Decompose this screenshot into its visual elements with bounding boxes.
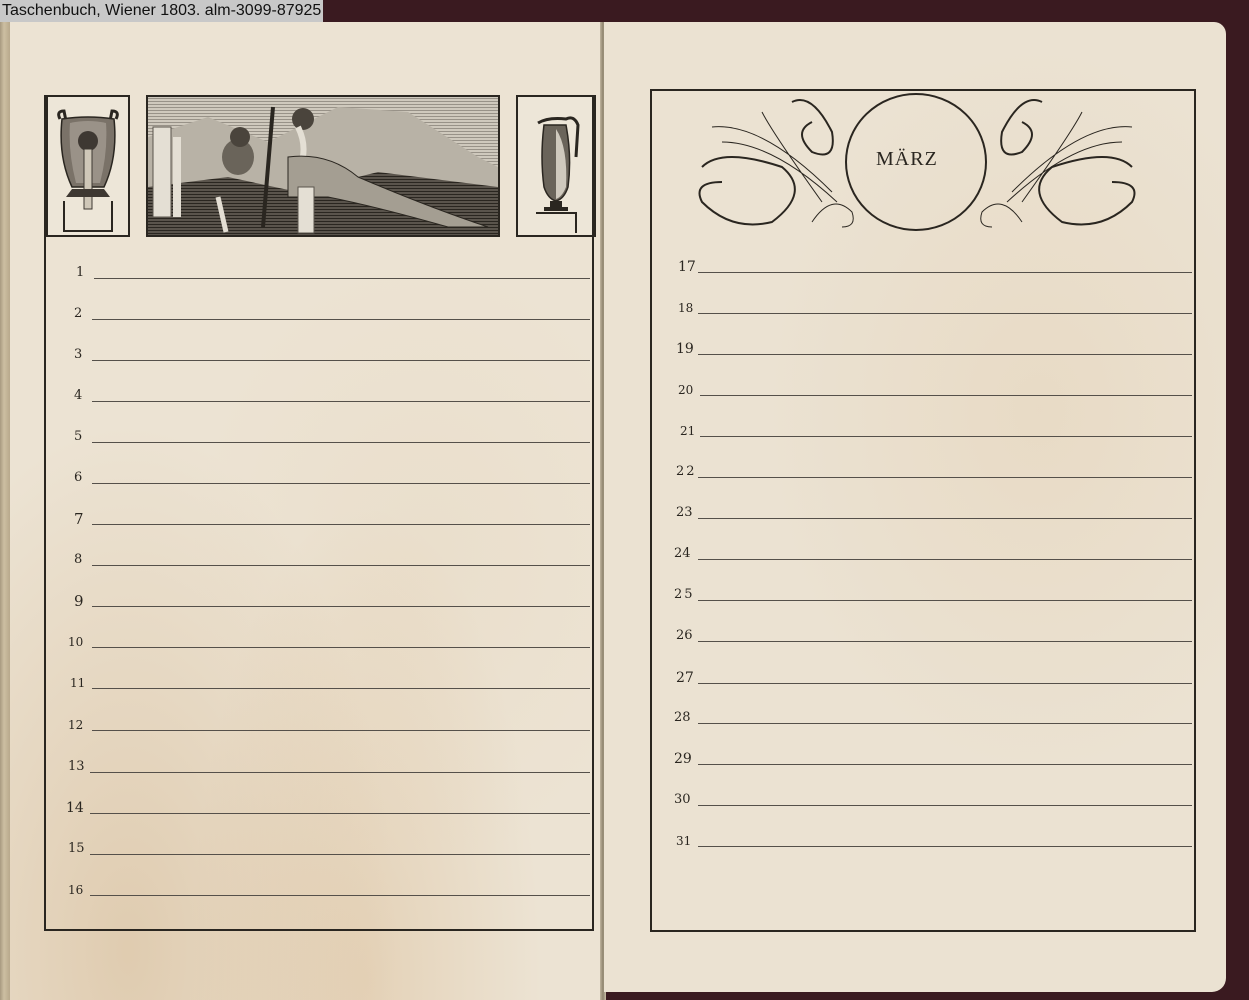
day-number: 9 bbox=[74, 594, 84, 608]
day-number: 19 bbox=[676, 342, 694, 356]
writing-line bbox=[698, 641, 1192, 642]
day-row: 2 bbox=[66, 301, 590, 321]
day-number: 23 bbox=[676, 506, 693, 520]
day-number: 31 bbox=[676, 834, 691, 848]
day-row: 8 bbox=[66, 547, 590, 567]
writing-line bbox=[90, 854, 590, 855]
day-row: 25 bbox=[674, 582, 1192, 602]
day-number: 4 bbox=[74, 389, 82, 403]
day-number: 21 bbox=[680, 424, 695, 438]
writing-line bbox=[698, 805, 1192, 806]
left-page-frame bbox=[44, 233, 594, 931]
day-number: 12 bbox=[68, 718, 83, 732]
day-row: 18 bbox=[674, 295, 1192, 315]
day-number: 26 bbox=[676, 629, 693, 643]
day-number: 3 bbox=[74, 348, 82, 362]
day-number: 1 bbox=[76, 266, 84, 280]
book-edge-left bbox=[0, 22, 10, 1000]
writing-line bbox=[90, 772, 590, 773]
frame-edge-left bbox=[44, 95, 46, 235]
day-row: 10 bbox=[66, 629, 590, 649]
day-row: 24 bbox=[674, 541, 1192, 561]
writing-line bbox=[92, 730, 590, 731]
day-row: 27 bbox=[674, 665, 1192, 685]
writing-line bbox=[700, 395, 1192, 396]
writing-line bbox=[698, 354, 1192, 355]
day-number: 17 bbox=[678, 260, 696, 274]
day-number: 18 bbox=[678, 301, 693, 315]
writing-line bbox=[698, 313, 1192, 314]
writing-line bbox=[92, 442, 590, 443]
frame-edge-right bbox=[592, 95, 594, 235]
day-row: 15 bbox=[66, 836, 590, 856]
writing-line bbox=[698, 518, 1192, 519]
day-row: 20 bbox=[674, 377, 1192, 397]
writing-line bbox=[92, 401, 590, 402]
writing-line bbox=[698, 846, 1192, 847]
writing-line bbox=[92, 606, 590, 607]
right-page: MÄRZ 17 18 19 20 21 22 23 24 25 26 27 28… bbox=[604, 22, 1226, 992]
day-number: 15 bbox=[68, 842, 85, 856]
writing-line bbox=[698, 272, 1192, 273]
vase-box bbox=[46, 95, 130, 237]
writing-line bbox=[94, 278, 590, 279]
writing-line bbox=[92, 647, 590, 648]
ewer-jug-icon bbox=[518, 97, 594, 235]
day-row: 9 bbox=[66, 588, 590, 608]
day-row: 16 bbox=[66, 877, 590, 897]
day-number: 25 bbox=[674, 588, 695, 602]
day-number: 5 bbox=[74, 430, 82, 444]
day-row: 13 bbox=[66, 754, 590, 774]
writing-line bbox=[698, 477, 1192, 478]
day-row: 28 bbox=[674, 705, 1192, 725]
day-number: 20 bbox=[678, 383, 693, 397]
day-number: 24 bbox=[674, 547, 691, 561]
writing-line bbox=[92, 688, 590, 689]
day-row: 17 bbox=[674, 254, 1192, 274]
day-number: 29 bbox=[674, 752, 692, 766]
writing-line bbox=[92, 360, 590, 361]
day-number: 22 bbox=[676, 465, 697, 479]
writing-line bbox=[92, 524, 590, 525]
day-row: 31 bbox=[674, 828, 1192, 848]
day-number: 16 bbox=[68, 883, 83, 897]
image-caption: Taschenbuch, Wiener 1803. alm-3099-87925 bbox=[0, 0, 323, 22]
day-number: 27 bbox=[676, 671, 694, 685]
day-row: 26 bbox=[674, 623, 1192, 643]
day-number: 11 bbox=[70, 676, 85, 690]
writing-line bbox=[698, 683, 1192, 684]
day-number: 14 bbox=[66, 801, 84, 815]
day-row: 21 bbox=[674, 418, 1192, 438]
writing-line bbox=[698, 723, 1192, 724]
writing-line bbox=[92, 565, 590, 566]
day-number: 7 bbox=[74, 512, 84, 526]
day-number: 8 bbox=[74, 553, 82, 567]
day-number: 13 bbox=[68, 760, 85, 774]
month-title: MÄRZ bbox=[876, 148, 938, 171]
day-row: 11 bbox=[66, 670, 590, 690]
day-row: 30 bbox=[674, 787, 1192, 807]
day-number: 30 bbox=[674, 793, 691, 807]
mask-vase-icon bbox=[48, 97, 128, 235]
engraving-image bbox=[148, 97, 498, 235]
day-row: 12 bbox=[66, 712, 590, 732]
day-row: 4 bbox=[66, 383, 590, 403]
day-row: 7 bbox=[66, 506, 590, 526]
day-row: 29 bbox=[674, 746, 1192, 766]
day-row: 14 bbox=[66, 795, 590, 815]
ewer-box bbox=[516, 95, 596, 237]
day-row: 19 bbox=[674, 336, 1192, 356]
day-number: 2 bbox=[74, 307, 82, 321]
day-number: 10 bbox=[68, 635, 83, 649]
writing-line bbox=[698, 764, 1192, 765]
writing-line bbox=[92, 483, 590, 484]
writing-line bbox=[90, 813, 590, 814]
writing-line bbox=[700, 436, 1192, 437]
writing-line bbox=[698, 559, 1192, 560]
day-row: 3 bbox=[66, 342, 590, 362]
river-god-engraving bbox=[146, 95, 500, 237]
day-row: 6 bbox=[66, 465, 590, 485]
writing-line bbox=[90, 895, 590, 896]
writing-line bbox=[92, 319, 590, 320]
writing-line bbox=[698, 600, 1192, 601]
day-row: 5 bbox=[66, 424, 590, 444]
day-row: 22 bbox=[674, 459, 1192, 479]
day-number: 28 bbox=[674, 711, 691, 725]
day-number: 6 bbox=[74, 471, 82, 485]
day-row: 1 bbox=[66, 260, 590, 280]
left-page: 1 2 3 4 5 6 7 8 9 10 11 12 13 14 15 16 bbox=[10, 22, 602, 1000]
day-row: 23 bbox=[674, 500, 1192, 520]
